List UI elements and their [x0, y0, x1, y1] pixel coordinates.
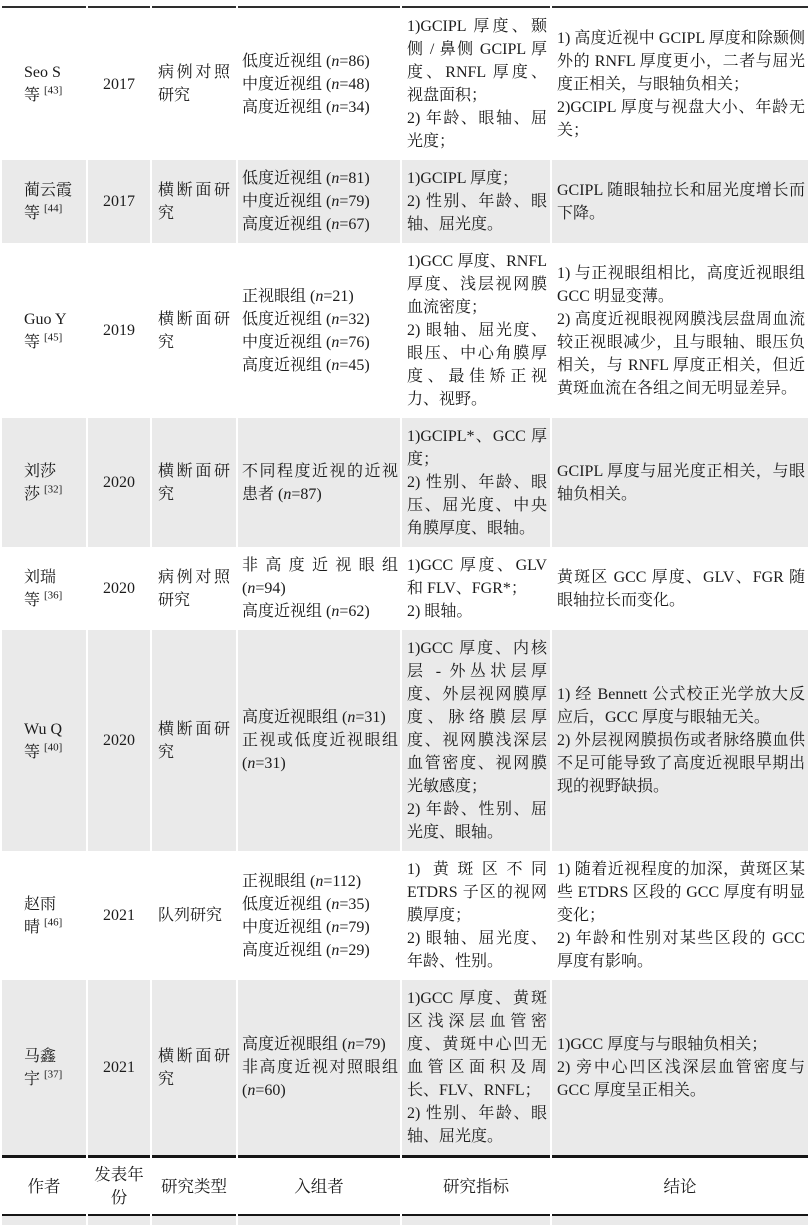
column-header-year: 发表年份 — [88, 1155, 150, 1216]
conclusion-cell: GCIPL 厚度与屈光度正相关，与眼轴负相关。 — [552, 418, 808, 547]
next-row-strip — [2, 1216, 808, 1225]
study-type-cell: 队列研究 — [152, 851, 236, 980]
conclusion-cell: 1) 随着近视程度的加深，黄斑区某些 ETDRS 区段的 GCC 厚度有明显变化… — [552, 851, 808, 980]
study-row: 蔺云霞等 [44]2017横断面研究低度近视组 (n=81)中度近视组 (n=7… — [2, 160, 808, 243]
year-cell: 2017 — [88, 160, 150, 243]
groups-cell: 非高度近视眼组 (n=94)高度近视组 (n=62) — [238, 547, 400, 630]
conclusion-cell: 1) 高度近视中 GCIPL 厚度和除颞侧外的 RNFL 厚度更小，二者与屈光度… — [552, 6, 808, 160]
year-cell: 2020 — [88, 418, 150, 547]
study-type-cell: 横断面研究 — [152, 418, 236, 547]
study-row: 赵雨晴 [46]2021队列研究正视眼组 (n=112)低度近视组 (n=35)… — [2, 851, 808, 980]
groups-cell: 正视眼组 (n=112)低度近视组 (n=35)中度近视组 (n=79)高度近视… — [238, 851, 400, 980]
author-cell: Guo Y等 [45] — [2, 243, 86, 418]
year-cell: 2021 — [88, 851, 150, 980]
groups-cell: 低度近视组 (n=81)中度近视组 (n=79)高度近视组 (n=67) — [238, 160, 400, 243]
author-cell: 刘瑞等 [36] — [2, 547, 86, 630]
indicators-cell: 1)GCC 厚度、GLV 和 FLV、FGR*；2) 眼轴。 — [402, 547, 550, 630]
study-row: Wu Q等 [40]2020横断面研究高度近视眼组 (n=31)正视或低度近视眼… — [2, 630, 808, 851]
study-row: Guo Y等 [45]2019横断面研究正视眼组 (n=21)低度近视组 (n=… — [2, 243, 808, 418]
column-header-type: 研究类型 — [152, 1155, 236, 1216]
author-cell: 蔺云霞等 [44] — [2, 160, 86, 243]
table-header-row: 作者 发表年份 研究类型 入组者 研究指标 结论 — [2, 1155, 808, 1216]
column-header-groups: 入组者 — [238, 1155, 400, 1216]
conclusion-cell: 黄斑区 GCC 厚度、GLV、FGR 随眼轴拉长而变化。 — [552, 547, 808, 630]
study-type-cell: 横断面研究 — [152, 243, 236, 418]
groups-cell: 高度近视眼组 (n=79)非高度近视对照眼组 (n=60) — [238, 980, 400, 1155]
conclusion-cell: GCIPL 随眼轴拉长和屈光度增长而下降。 — [552, 160, 808, 243]
groups-cell: 正视眼组 (n=21)低度近视组 (n=32)中度近视组 (n=76)高度近视组… — [238, 243, 400, 418]
study-type-cell: 横断面研究 — [152, 160, 236, 243]
indicators-cell: 1)GCIPL 厚度；2) 性别、年龄、眼轴、屈光度。 — [402, 160, 550, 243]
author-cell: 马鑫宇 [37] — [2, 980, 86, 1155]
year-cell: 2020 — [88, 630, 150, 851]
paper-table-page: Seo S等 [43]2017病例对照研究低度近视组 (n=86)中度近视组 (… — [0, 0, 810, 1225]
study-type-cell: 横断面研究 — [152, 980, 236, 1155]
conclusion-cell: 1) 与正视眼组相比，高度近视眼组 GCC 明显变薄。2) 高度近视眼视网膜浅层… — [552, 243, 808, 418]
author-cell: 刘莎莎 [32] — [2, 418, 86, 547]
study-row: 马鑫宇 [37]2021横断面研究高度近视眼组 (n=79)非高度近视对照眼组 … — [2, 980, 808, 1155]
indicators-cell: 1)GCC 厚度、内核层 - 外丛状层厚度、外层视网膜厚度、脉络膜层厚度、视网膜… — [402, 630, 550, 851]
author-cell: Wu Q等 [40] — [2, 630, 86, 851]
groups-cell: 不同程度近视的近视患者 (n=87) — [238, 418, 400, 547]
year-cell: 2017 — [88, 6, 150, 160]
conclusion-cell: 1)GCC 厚度与与眼轴负相关；2) 旁中心凹区浅深层血管密度与 GCC 厚度呈… — [552, 980, 808, 1155]
study-row: 刘瑞等 [36]2020病例对照研究非高度近视眼组 (n=94)高度近视组 (n… — [2, 547, 808, 630]
studies-table: Seo S等 [43]2017病例对照研究低度近视组 (n=86)中度近视组 (… — [0, 6, 810, 1225]
author-cell: 赵雨晴 [46] — [2, 851, 86, 980]
groups-cell: 高度近视眼组 (n=31)正视或低度近视眼组 (n=31) — [238, 630, 400, 851]
year-cell: 2021 — [88, 980, 150, 1155]
study-row: Seo S等 [43]2017病例对照研究低度近视组 (n=86)中度近视组 (… — [2, 6, 808, 160]
column-header-conclusion: 结论 — [552, 1155, 808, 1216]
groups-cell: 低度近视组 (n=86)中度近视组 (n=48)高度近视组 (n=34) — [238, 6, 400, 160]
indicators-cell: 1)GCC 厚度、RNFL 厚度、浅层视网膜血流密度；2) 眼轴、屈光度、眼压、… — [402, 243, 550, 418]
author-cell: Seo S等 [43] — [2, 6, 86, 160]
study-row: 刘莎莎 [32]2020横断面研究不同程度近视的近视患者 (n=87)1)GCI… — [2, 418, 808, 547]
indicators-cell: 1) 黄斑区不同 ETDRS 子区的视网膜厚度；2) 眼轴、屈光度、年龄、性别。 — [402, 851, 550, 980]
indicators-cell: 1)GCC 厚度、黄斑区浅深层血管密度、黄斑中心凹无血管区面积及周长、FLV、R… — [402, 980, 550, 1155]
indicators-cell: 1)GCIPL*、GCC 厚度；2) 性别、年龄、眼压、屈光度、中央角膜厚度、眼… — [402, 418, 550, 547]
column-header-indicators: 研究指标 — [402, 1155, 550, 1216]
conclusion-cell: 1) 经 Bennett 公式校正光学放大反应后，GCC 厚度与眼轴无关。2) … — [552, 630, 808, 851]
year-cell: 2019 — [88, 243, 150, 418]
study-type-cell: 病例对照研究 — [152, 547, 236, 630]
column-header-author: 作者 — [2, 1155, 86, 1216]
year-cell: 2020 — [88, 547, 150, 630]
study-type-cell: 横断面研究 — [152, 630, 236, 851]
study-type-cell: 病例对照研究 — [152, 6, 236, 160]
indicators-cell: 1)GCIPL 厚度、颞侧 / 鼻侧 GCIPL 厚度、RNFL 厚度、视盘面积… — [402, 6, 550, 160]
